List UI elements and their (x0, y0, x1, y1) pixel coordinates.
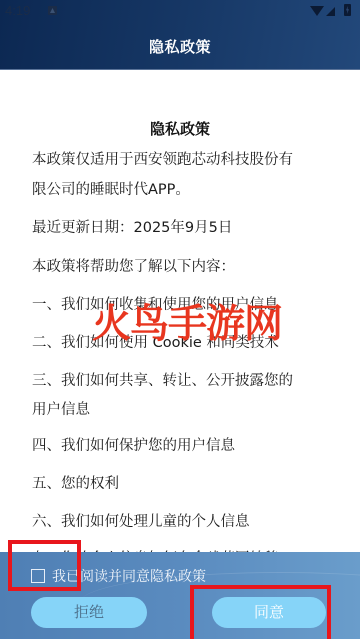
page-title: 隐私政策 (0, 36, 360, 57)
app-header: 4:19 隐私政策 (0, 0, 360, 70)
lead-text: 本政策将帮助您了解以下内容： (32, 254, 332, 280)
agree-button[interactable]: 同意 (212, 597, 326, 628)
list-item: 四、我们如何保护您的用户信息 (32, 433, 332, 459)
status-time: 4:19 (5, 3, 30, 18)
consent-checkbox[interactable] (31, 569, 45, 583)
list-item: 二、我们如何使用 Cookie 和同类技术 (32, 330, 332, 356)
consent-panel: 我已阅读并同意隐私政策 拒绝 同意 (0, 552, 360, 639)
wifi-icon (310, 6, 324, 16)
consent-row[interactable]: 我已阅读并同意隐私政策 (31, 567, 206, 585)
list-item: 一、我们如何收集和使用您的用户信息 (32, 292, 332, 318)
battery-charging-icon (344, 4, 351, 16)
status-bar: 4:19 (0, 0, 360, 24)
cell-signal-icon (326, 7, 335, 16)
list-item: 六、我们如何处理儿童的个人信息 (32, 509, 332, 535)
list-item-continuation: 用户信息 (32, 397, 332, 423)
intro-line-1: 本政策仅适用于西安领跑芯动科技股份有 (32, 147, 332, 173)
list-item: 三、我们如何共享、转让、公开披露您的 (32, 368, 332, 394)
consent-label[interactable]: 我已阅读并同意隐私政策 (52, 566, 206, 586)
document-title: 隐私政策 (0, 118, 360, 139)
notification-a-icon (48, 6, 57, 15)
reject-button[interactable]: 拒绝 (31, 597, 147, 628)
list-item: 五、您的权利 (32, 471, 332, 497)
updated-date: 最近更新日期：2025年9月5日 (32, 215, 332, 241)
intro-line-2: 限公司的睡眠时代APP。 (32, 177, 332, 203)
policy-content[interactable]: 隐私政策 本政策仅适用于西安领跑芯动科技股份有 限公司的睡眠时代APP。 最近更… (0, 70, 360, 552)
